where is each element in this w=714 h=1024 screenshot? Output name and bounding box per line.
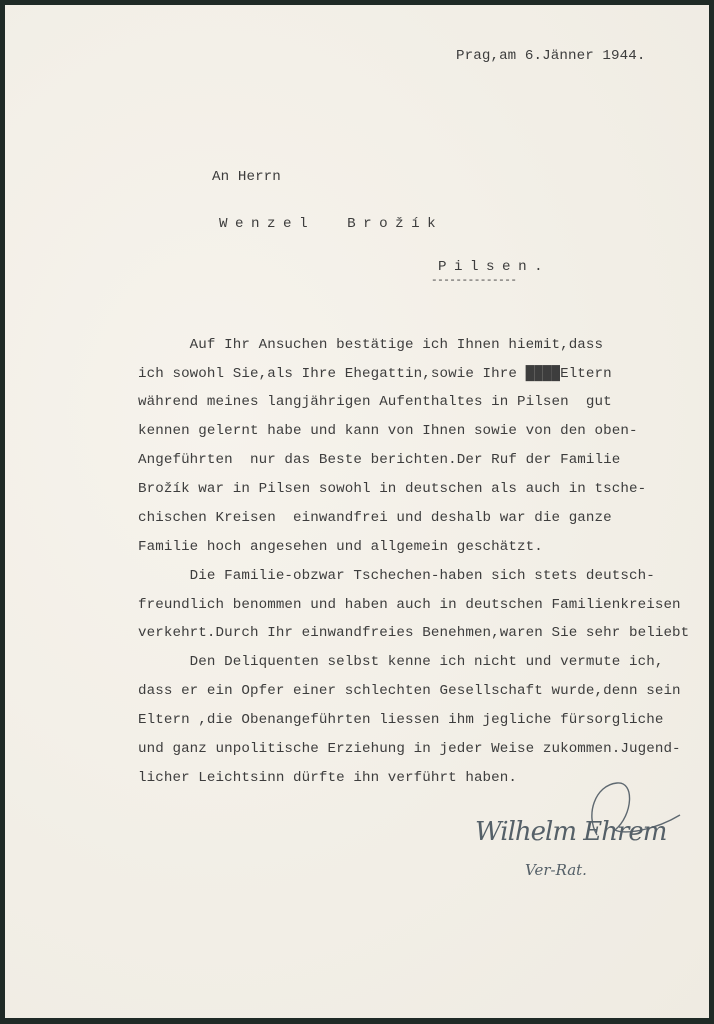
body-line: Eltern ,die Obenangeführten liessen ihm … [138,712,663,728]
recipient-salutation: An Herrn [212,169,281,185]
body-line: Brožík war in Pilsen sowohl in deutschen… [138,481,646,497]
body-line: freundlich benommen und haben auch in de… [138,597,681,613]
recipient-city: Pilsen. [438,259,550,275]
body-line: chischen Kreisen einwandfrei und deshalb… [138,510,612,526]
recipient-city-underline: -------------- [431,275,516,287]
body-line: ich sowohl Sie,als Ihre Ehegattin,sowie … [138,366,612,382]
body-line: während meines langjährigen Aufenthaltes… [138,394,612,410]
body-line: licher Leichtsinn dürfte ihn verführt ha… [138,770,517,786]
date-line: Prag,am 6.Jänner 1944. [456,48,646,64]
body-line: Die Familie-obzwar Tschechen-haben sich … [138,568,655,584]
body-line: Angeführten nur das Beste berichten.Der … [138,452,620,468]
recipient-name: Wenzel Brožík [219,216,443,232]
signature-title: Ver-Rat. [525,861,587,879]
body-line: verkehrt.Durch Ihr einwandfreies Benehme… [138,625,689,641]
body-line: dass er ein Opfer einer schlechten Gesel… [138,683,681,699]
body-line: Den Deliquenten selbst kenne ich nicht u… [138,654,663,670]
body-line: Familie hoch angesehen und allgemein ges… [138,539,543,555]
letter-page: Prag,am 6.Jänner 1944. An Herrn Wenzel B… [5,5,709,1018]
signature-name: Wilhelm Ehrem [475,817,666,847]
body-line: und ganz unpolitische Erziehung in jeder… [138,741,681,757]
body-line: Auf Ihr Ansuchen bestätige ich Ihnen hie… [138,337,603,353]
body-line: kennen gelernt habe und kann von Ihnen s… [138,423,638,439]
